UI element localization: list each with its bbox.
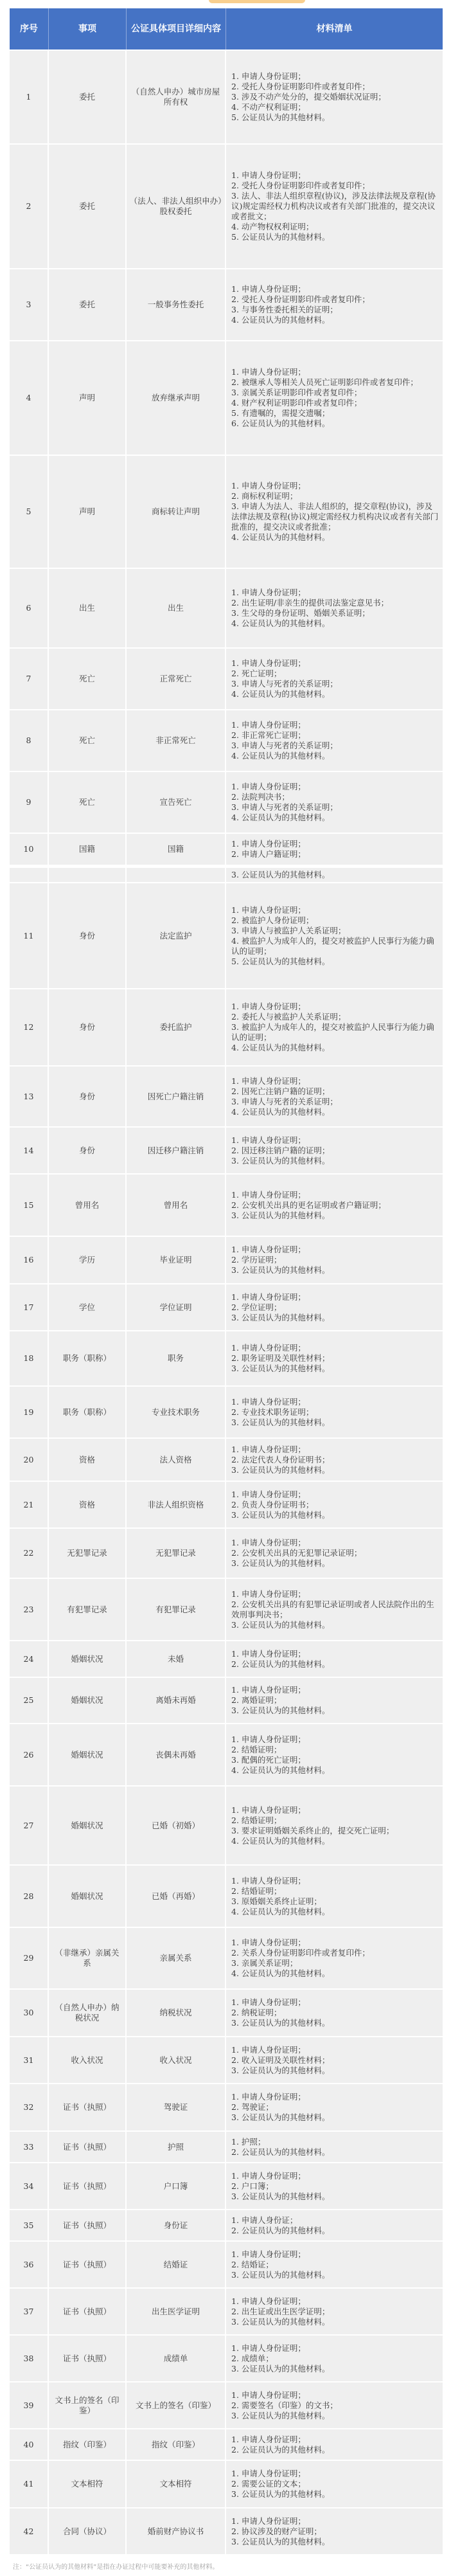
material-item: 1. 申请人身份证明； xyxy=(231,658,338,669)
materials-list: 1. 申请人身份证明；2. 公证员认为的其他材料。 xyxy=(231,1649,330,1670)
item-cell: 婚姻状况 xyxy=(49,1866,127,1927)
materials-list: 1. 申请人身份证；2. 公证员认为的其他材料。 xyxy=(231,2215,330,2236)
detail-cell: 文本相符 xyxy=(127,2461,226,2507)
item-cell: 声明 xyxy=(49,341,127,455)
detail-cell: 放弃继承声明 xyxy=(127,341,226,455)
material-item: 3. 公证员认为的其他材料。 xyxy=(231,2537,330,2547)
detail-cell: 离婚未再婚 xyxy=(127,1678,226,1723)
materials-cell: 1. 申请人身份证明；2. 公证员认为的其他材料。 xyxy=(226,1641,443,1677)
material-item: 3. 公证员认为的其他材料。 xyxy=(231,2066,330,2076)
header-serial-no: 序号 xyxy=(10,8,49,50)
material-item: 3. 申请人与死者的关系证明； xyxy=(231,679,338,689)
material-item: 1. 申请人身份证明； xyxy=(231,2249,330,2260)
serial-no-cell: 7 xyxy=(10,649,49,709)
material-item: 2. 关系人身份证明影印件或者复印件； xyxy=(231,1948,370,1958)
material-item: 2. 商标权利证明； xyxy=(231,491,440,501)
materials-list: 1. 申请人身份证明；2. 受托人身份证明影印件或者复印件；3. 法人、非法人组… xyxy=(231,170,440,242)
material-item: 2. 委托人与被监护人关系证明； xyxy=(231,1012,440,1022)
serial-no-cell: 1 xyxy=(10,51,49,143)
materials-list: 1. 申请人身份证明；2. 受托人身份证明影印件或者复印件；3. 与事务性委托相… xyxy=(231,284,370,325)
header-detail: 公证具体项目详细内容 xyxy=(127,8,226,50)
material-item: 3. 公证员认为的其他材料。 xyxy=(231,1620,440,1630)
table-row: 27婚姻状况已婚（初婚）1. 申请人身份证明；2. 结婚证明；3. 要求证明婚姻… xyxy=(10,1785,443,1864)
material-item: 4. 公证员认为的其他材料。 xyxy=(231,1968,370,1979)
serial-no-cell: 22 xyxy=(10,1529,49,1578)
material-item: 2. 成绩单； xyxy=(231,2354,330,2364)
material-item: 4. 公证员认为的其他材料。 xyxy=(231,813,338,823)
item-cell: 资格 xyxy=(49,1482,127,1527)
material-item: 3. 被监护人为成年人的，提交对被监护人民事行为能力确认的证明； xyxy=(231,1022,440,1043)
table-row: 41文本相符文本相符1. 申请人身份证明；2. 需要公证的文本；3. 公证员认为… xyxy=(10,2460,443,2507)
material-item: 2. 受托人身份证明影印件或者复印件； xyxy=(231,181,440,191)
material-item: 2. 出生证明/非亲生的提供司法鉴定意见书； xyxy=(231,598,389,608)
material-item: 1. 申请人身份证明； xyxy=(231,1076,338,1086)
serial-no-cell: 25 xyxy=(10,1678,49,1723)
item-cell: 身份 xyxy=(49,989,127,1065)
table-row: 12身份委托监护1. 申请人身份证明；2. 委托人与被监护人关系证明；3. 被监… xyxy=(10,988,443,1065)
material-item: 1. 申请人身份证明； xyxy=(231,1805,394,1815)
materials-list: 1. 申请人身份证明；2. 学历证明；3. 公证员认为的其他材料。 xyxy=(231,1245,330,1275)
detail-cell: 职务 xyxy=(127,1331,226,1385)
serial-no-cell: 12 xyxy=(10,989,49,1065)
material-item: 2. 结婚证明； xyxy=(231,1886,330,1896)
materials-list: 1. 申请人身份证明；2. 公安机关出具的有犯罪记录证明或者人民法院作出的生效刑… xyxy=(231,1589,440,1630)
table-row: 38证书（执照）成绩单1. 申请人身份证明；2. 成绩单；3. 公证员认为的其他… xyxy=(10,2334,443,2381)
table-row: 1委托（自然人申办）城市房屋所有权1. 申请人身份证明；2. 受托人身份证明影印… xyxy=(10,50,443,143)
materials-cell: 1. 申请人身份证明；2. 结婚证明；3. 要求证明婚姻关系终止的，提交死亡证明… xyxy=(226,1787,443,1864)
materials-list: 1. 申请人身份证明；2. 驾驶证；3. 公证员认为的其他材料。 xyxy=(231,2092,330,2123)
material-item: 2. 离婚证明； xyxy=(231,1695,330,1706)
materials-list: 1. 申请人身份证明；2. 成绩单；3. 公证员认为的其他材料。 xyxy=(231,2343,330,2374)
table-row: 29（非继承）亲属关系亲属关系1. 申请人身份证明；2. 关系人身份证明影印件或… xyxy=(10,1927,443,1988)
materials-cell: 1. 申请人身份证明；2. 收入证明及关联性材料；3. 公证员认为的其他材料。 xyxy=(226,2037,443,2083)
materials-list: 1. 申请人身份证明；2. 出生证明/非亲生的提供司法鉴定意见书；3. 生父母的… xyxy=(231,588,389,629)
material-item: 1. 申请人身份证明； xyxy=(231,905,440,915)
top-decorative-strip xyxy=(209,0,305,3)
material-item: 3. 公证员认为的其他材料。 xyxy=(231,2018,330,2028)
materials-cell: 1. 申请人身份证明；2. 需要公证的文本；3. 公证员认为的其他材料。 xyxy=(226,2461,443,2507)
material-item: 1. 申请人身份证明； xyxy=(231,2045,330,2055)
material-item: 1. 申请人身份证明； xyxy=(231,1135,330,1146)
header-materials: 材料清单 xyxy=(226,8,443,50)
material-item: 2. 受托人身份证明影印件或者复印件； xyxy=(231,82,386,92)
material-item: 1. 申请人身份证明； xyxy=(231,2390,338,2400)
material-item: 2. 出生证或出生医学证明； xyxy=(231,2307,330,2317)
material-item: 4. 公证员认为的其他材料。 xyxy=(231,1907,330,1917)
item-cell: 证书（执照） xyxy=(49,2289,127,2334)
item-cell: 合同（协议） xyxy=(49,2508,127,2554)
material-item: 4. 动产物权权利证明； xyxy=(231,222,440,232)
materials-cell: 1. 申请人身份证明；2. 结婚证明；3. 配偶的死亡证明；4. 公证员认为的其… xyxy=(226,1724,443,1785)
material-item: 2. 收入证明及关联性材料； xyxy=(231,2055,330,2066)
material-item: 1. 申请人身份证明； xyxy=(231,1734,330,1745)
materials-cell: 1. 申请人身份证明；2. 出生证明/非亲生的提供司法鉴定意见书；3. 生父母的… xyxy=(226,569,443,647)
material-item: 4. 公证员认为的其他材料。 xyxy=(231,689,338,699)
item-cell: 证书（执照） xyxy=(49,2163,127,2209)
table-row: 33证书（执照）护照1. 护照；2. 公证员认为的其他材料。 xyxy=(10,2130,443,2162)
footnote: 注：“公证员认为的其他材料”是指在办证过程中可能要补充的其他材料。 xyxy=(13,2561,218,2571)
materials-list: 3. 公证员认为的其他材料。 xyxy=(231,870,330,880)
material-item: 1. 申请人身份证明； xyxy=(231,481,440,491)
serial-no-cell: 6 xyxy=(10,569,49,647)
table-row: 16学历毕业证明1. 申请人身份证明；2. 学历证明；3. 公证员认为的其他材料… xyxy=(10,1236,443,1283)
item-cell: 婚姻状况 xyxy=(49,1678,127,1723)
table-row: 20资格法人资格1. 申请人身份证明；2. 法定代表人身份证明书；3. 公证员认… xyxy=(10,1437,443,1481)
materials-list: 1. 护照；2. 公证员认为的其他材料。 xyxy=(231,2137,330,2157)
material-item: 2. 需要签名（印鉴）的文书； xyxy=(231,2400,338,2411)
material-item: 3. 与事务性委托相关的证明； xyxy=(231,305,370,315)
table-row: 39文书上的签名（印鉴）文书上的签名（印鉴）1. 申请人身份证明；2. 需要签名… xyxy=(10,2381,443,2428)
material-item: 2. 负责人身份证明书； xyxy=(231,1500,330,1510)
table-row: 14身份因迁移户籍注销1. 申请人身份证明；2. 因迁移注销户籍的证明；3. 公… xyxy=(10,1126,443,1173)
materials-cell: 1. 申请人身份证明；2. 纳税证明；3. 公证员认为的其他材料。 xyxy=(226,1990,443,2036)
item-cell: 证书（执照） xyxy=(49,2242,127,2287)
materials-list: 1. 申请人身份证明；2. 关系人身份证明影印件或者复印件；3. 亲属关系证明；… xyxy=(231,1938,370,1979)
item-cell: 有犯罪记录 xyxy=(49,1579,127,1640)
material-item: 2. 公证员认为的其他材料。 xyxy=(231,1659,330,1670)
table-row: 7死亡正常死亡1. 申请人身份证明；2. 死亡证明；3. 申请人与死者的关系证明… xyxy=(10,647,443,709)
material-item: 3. 公证员认为的其他材料。 xyxy=(231,1706,330,1716)
material-item: 1. 申请人身份证明； xyxy=(231,1445,330,1455)
serial-no-cell: 21 xyxy=(10,1482,49,1527)
material-item: 2. 因迁移注销户籍的证明； xyxy=(231,1146,330,1156)
material-item: 4. 被监护人为成年人的，提交对被监护人民事行为能力确认的证明； xyxy=(231,936,440,957)
materials-cell: 1. 申请人身份证明；2. 学历证明；3. 公证员认为的其他材料。 xyxy=(226,1237,443,1283)
material-item: 3. 亲属关系证明影印件或者复印件； xyxy=(231,388,418,398)
materials-cell: 1. 申请人身份证明；2. 受托人身份证明影印件或者复印件；3. 法人、非法人组… xyxy=(226,145,443,268)
item-cell: 文书上的签名（印鉴） xyxy=(49,2382,127,2428)
materials-cell: 1. 申请人身份证明；2. 非正常死亡证明；3. 申请人与死者的关系证明；4. … xyxy=(226,710,443,771)
material-item: 3. 公证员认为的其他材料。 xyxy=(231,1510,330,1520)
table-row: 42合同（协议）婚前财产协议书1. 申请人身份证明；2. 协议涉及的财产证明；3… xyxy=(10,2507,443,2554)
materials-list: 1. 申请人身份证明；2. 结婚证明；3. 要求证明婚姻关系终止的，提交死亡证明… xyxy=(231,1805,394,1846)
material-item: 2. 被继承人等相关人员死亡证明影印件或者复印件； xyxy=(231,377,418,388)
serial-no-cell: 30 xyxy=(10,1990,49,2036)
materials-list: 1. 申请人身份证明；2. 公证员认为的其他材料。 xyxy=(231,2435,330,2455)
serial-no-cell: 37 xyxy=(10,2289,49,2334)
table-row: 28婚姻状况已婚（再婚）1. 申请人身份证明；2. 结婚证明；3. 原婚姻关系终… xyxy=(10,1864,443,1927)
material-item: 3. 法人、非法人组织章程(协议)，涉及法律法规及章程(协议)规定需经权力机构决… xyxy=(231,191,440,222)
detail-cell: 已婚（初婚） xyxy=(127,1787,226,1864)
materials-list: 1. 申请人身份证明；2. 协议涉及的财产证明；3. 公证员认为的其他材料。 xyxy=(231,2516,330,2547)
detail-cell: 曾用名 xyxy=(127,1175,226,1236)
item-cell: 身份 xyxy=(49,1067,127,1126)
material-item: 3. 亲属关系证明； xyxy=(231,1958,370,1968)
material-item: 1. 申请人身份证明； xyxy=(231,1292,330,1302)
material-item: 4. 公证员认为的其他材料。 xyxy=(231,532,440,543)
materials-list: 1. 申请人身份证明；2. 商标权利证明；3. 申请人为法人、非法人组织的，提交… xyxy=(231,481,440,543)
material-item: 2. 公证员认为的其他材料。 xyxy=(231,2147,330,2157)
material-item: 2. 需要公证的文本； xyxy=(231,2479,330,2489)
serial-no-cell: 20 xyxy=(10,1439,49,1481)
material-item: 3. 要求证明婚姻关系终止的，提交死亡证明； xyxy=(231,1826,394,1836)
materials-cell: 1. 申请人身份证明；2. 职务证明及关联性材料；3. 公证员认为的其他材料。 xyxy=(226,1331,443,1385)
serial-no-cell: 32 xyxy=(10,2084,49,2130)
materials-cell: 3. 公证员认为的其他材料。 xyxy=(226,868,443,882)
item-cell: 婚姻状况 xyxy=(49,1724,127,1785)
item-cell: 证书（执照） xyxy=(49,2084,127,2130)
table-row: 31收入状况收入状况1. 申请人身份证明；2. 收入证明及关联性材料；3. 公证… xyxy=(10,2036,443,2083)
item-cell: 文本相符 xyxy=(49,2461,127,2507)
material-item: 1. 申请人身份证明； xyxy=(231,782,338,792)
serial-no-cell: 4 xyxy=(10,341,49,455)
detail-cell: 出生医学证明 xyxy=(127,2289,226,2334)
materials-list: 1. 申请人身份证明；2. 需要公证的文本；3. 公证员认为的其他材料。 xyxy=(231,2469,330,2499)
materials-cell: 1. 申请人身份证明；2. 公安机关出具的更名证明或者户籍证明；3. 公证员认为… xyxy=(226,1175,443,1236)
detail-cell xyxy=(127,868,226,882)
table-row: 23有犯罪记录有犯罪记录1. 申请人身份证明；2. 公安机关出具的有犯罪记录证明… xyxy=(10,1578,443,1640)
table-row: 18职务（职称）职务1. 申请人身份证明；2. 职务证明及关联性材料；3. 公证… xyxy=(10,1330,443,1385)
materials-list: 1. 申请人身份证明；2. 出生证或出生医学证明；3. 公证员认为的其他材料。 xyxy=(231,2296,330,2327)
item-cell: 婚姻状况 xyxy=(49,1641,127,1677)
materials-cell: 1. 申请人身份证明；2. 公安机关出具的有犯罪记录证明或者人民法院作出的生效刑… xyxy=(226,1579,443,1640)
item-cell: 证书（执照） xyxy=(49,2210,127,2240)
materials-cell: 1. 申请人身份证明；2. 被监护人身份证明；3. 申请人与被监护人关系证明；4… xyxy=(226,883,443,988)
serial-no-cell: 35 xyxy=(10,2210,49,2240)
detail-cell: 毕业证明 xyxy=(127,1237,226,1283)
detail-cell: （自然人申办）城市房屋所有权 xyxy=(127,51,226,143)
materials-cell: 1. 申请人身份证明；2. 结婚证明；3. 原婚姻关系终止证明；4. 公证员认为… xyxy=(226,1866,443,1927)
table-row: 30（自然人申办）纳税状况纳税状况1. 申请人身份证明；2. 纳税证明；3. 公… xyxy=(10,1988,443,2036)
detail-cell: 成绩单 xyxy=(127,2336,226,2381)
item-cell: 指纹（印鉴） xyxy=(49,2429,127,2460)
detail-cell: 文书上的签名（印鉴） xyxy=(127,2382,226,2428)
detail-cell: 有犯罪记录 xyxy=(127,1579,226,1640)
serial-no-cell: 41 xyxy=(10,2461,49,2507)
detail-cell: （法人、非法人组织申办）股权委托 xyxy=(127,145,226,268)
materials-list: 1. 申请人身份证明；2. 结婚证明；3. 原婚姻关系终止证明；4. 公证员认为… xyxy=(231,1876,330,1917)
material-item: 3. 公证员认为的其他材料。 xyxy=(231,2489,330,2499)
item-cell: 收入状况 xyxy=(49,2037,127,2083)
material-item: 1. 申请人身份证明； xyxy=(231,2296,330,2307)
detail-cell: 护照 xyxy=(127,2132,226,2162)
materials-list: 1. 申请人身份证明；2. 被监护人身份证明；3. 申请人与被监护人关系证明；4… xyxy=(231,905,440,967)
materials-list: 1. 申请人身份证明；2. 结婚证明；3. 配偶的死亡证明；4. 公证员认为的其… xyxy=(231,1734,330,1776)
materials-cell: 1. 申请人身份证明；2. 专业技术职务证明；3. 公证员认为的其他材料。 xyxy=(226,1387,443,1437)
item-cell: 出生 xyxy=(49,569,127,647)
materials-list: 1. 申请人身份证明；2. 申请人户籍证明； xyxy=(231,839,306,860)
detail-cell: 法人资格 xyxy=(127,1439,226,1481)
material-item: 3. 公证员认为的其他材料。 xyxy=(231,1364,330,1374)
serial-no-cell: 36 xyxy=(10,2242,49,2287)
item-cell: 死亡 xyxy=(49,649,127,709)
detail-cell: 无犯罪记录 xyxy=(127,1529,226,1578)
table-row: 15曾用名曾用名1. 申请人身份证明；2. 公安机关出具的更名证明或者户籍证明；… xyxy=(10,1173,443,1236)
detail-cell: 结婚证 xyxy=(127,2242,226,2287)
table-row: 21资格非法人组织资格1. 申请人身份证明；2. 负责人身份证明书；3. 公证员… xyxy=(10,1481,443,1527)
material-item: 4. 公证员认为的其他材料。 xyxy=(231,751,338,761)
material-item: 1. 申请人身份证明； xyxy=(231,2435,330,2445)
serial-no-cell: 23 xyxy=(10,1579,49,1640)
header-item: 事项 xyxy=(49,8,127,50)
serial-no-cell: 39 xyxy=(10,2382,49,2428)
serial-no-cell: 11 xyxy=(10,883,49,988)
item-cell: 学历 xyxy=(49,1237,127,1283)
material-item: 2. 公证员认为的其他材料。 xyxy=(231,2226,330,2236)
table-row: 36证书（执照）结婚证1. 申请人身份证明；2. 结婚证；3. 公证员认为的其他… xyxy=(10,2240,443,2287)
table-row: 3. 公证员认为的其他材料。 xyxy=(10,867,443,882)
material-item: 1. 申请人身份证明； xyxy=(231,720,338,730)
item-cell: 无犯罪记录 xyxy=(49,1529,127,1578)
material-item: 3. 生父母的身份证明、婚姻关系证明； xyxy=(231,608,389,618)
material-item: 1. 申请人身份证明； xyxy=(231,1343,330,1353)
item-cell: 委托 xyxy=(49,51,127,143)
material-item: 1. 申请人身份证明； xyxy=(231,839,306,849)
materials-cell: 1. 申请人身份证明；2. 结婚证；3. 公证员认为的其他材料。 xyxy=(226,2242,443,2287)
item-cell: 国籍 xyxy=(49,834,127,865)
serial-no-cell: 34 xyxy=(10,2163,49,2209)
serial-no-cell: 2 xyxy=(10,145,49,268)
material-item: 3. 公证员认为的其他材料。 xyxy=(231,2364,330,2374)
materials-cell: 1. 申请人身份证明；2. 法定代表人身份证明书；3. 公证员认为的其他材料。 xyxy=(226,1439,443,1481)
material-item: 2. 因死亡注销户籍的证明； xyxy=(231,1086,338,1097)
materials-cell: 1. 申请人身份证明；2. 被继承人等相关人员死亡证明影印件或者复印件；3. 亲… xyxy=(226,341,443,455)
item-cell: 证书（执照） xyxy=(49,2336,127,2381)
material-item: 3. 申请人与死者的关系证明； xyxy=(231,741,338,751)
material-item: 2. 结婚证明； xyxy=(231,1745,330,1755)
material-item: 2. 专业技术职务证明； xyxy=(231,1407,330,1418)
serial-no-cell: 10 xyxy=(10,834,49,865)
serial-no-cell xyxy=(10,868,49,882)
material-item: 3. 申请人与被监护人关系证明； xyxy=(231,926,440,936)
materials-cell: 1. 申请人身份证明；2. 受托人身份证明影印件或者复印件；3. 与事务性委托相… xyxy=(226,269,443,340)
material-item: 2. 公安机关出具的无犯罪记录证明； xyxy=(231,1548,362,1558)
materials-cell: 1. 申请人身份证明；2. 负责人身份证明书；3. 公证员认为的其他材料。 xyxy=(226,1482,443,1527)
materials-cell: 1. 申请人身份证明；2. 协议涉及的财产证明；3. 公证员认为的其他材料。 xyxy=(226,2508,443,2554)
detail-cell: 未婚 xyxy=(127,1641,226,1677)
materials-list: 1. 申请人身份证明；2. 非正常死亡证明；3. 申请人与死者的关系证明；4. … xyxy=(231,720,338,761)
material-item: 2. 结婚证； xyxy=(231,2260,330,2270)
material-item: 1. 申请人身份证明； xyxy=(231,2516,330,2526)
materials-list: 1. 申请人身份证明；2. 户口簿；3. 公证员认为的其他材料。 xyxy=(231,2171,330,2202)
detail-cell: 非法人组织资格 xyxy=(127,1482,226,1527)
table-row: 25婚姻状况离婚未再婚1. 申请人身份证明；2. 离婚证明；3. 公证员认为的其… xyxy=(10,1677,443,1723)
materials-cell: 1. 申请人身份证明；2. 成绩单；3. 公证员认为的其他材料。 xyxy=(226,2336,443,2381)
table-row: 34证书（执照）户口簿1. 申请人身份证明；2. 户口簿；3. 公证员认为的其他… xyxy=(10,2162,443,2209)
table-row: 8死亡非正常死亡1. 申请人身份证明；2. 非正常死亡证明；3. 申请人与死者的… xyxy=(10,709,443,771)
serial-no-cell: 26 xyxy=(10,1724,49,1785)
table-body: 1委托（自然人申办）城市房屋所有权1. 申请人身份证明；2. 受托人身份证明影印… xyxy=(10,50,443,2554)
item-cell: （非继承）亲属关系 xyxy=(49,1928,127,1988)
material-item: 5. 公证员认为的其他材料。 xyxy=(231,957,440,967)
detail-cell: 商标转让声明 xyxy=(127,456,226,568)
detail-cell: 纳税状况 xyxy=(127,1990,226,2036)
serial-no-cell: 38 xyxy=(10,2336,49,2381)
table-row: 37证书（执照）出生医学证明1. 申请人身份证明；2. 出生证或出生医学证明；3… xyxy=(10,2287,443,2334)
material-item: 1. 申请人身份证明； xyxy=(231,2171,330,2181)
materials-cell: 1. 申请人身份证明；2. 申请人户籍证明； xyxy=(226,834,443,865)
table-row: 32证书（执照）驾驶证1. 申请人身份证明；2. 驾驶证；3. 公证员认为的其他… xyxy=(10,2083,443,2130)
material-item: 2. 公安机关出具的有犯罪记录证明或者人民法院作出的生效刑事判决书； xyxy=(231,1599,440,1620)
materials-list: 1. 申请人身份证明；2. 公安机关出具的无犯罪记录证明；3. 公证员认为的其他… xyxy=(231,1538,362,1569)
materials-list: 1. 申请人身份证明；2. 结婚证；3. 公证员认为的其他材料。 xyxy=(231,2249,330,2280)
material-item: 3. 申请人与死者的关系证明； xyxy=(231,802,338,813)
material-item: 1. 申请人身份证明； xyxy=(231,367,418,377)
material-item: 3. 公证员认为的其他材料。 xyxy=(231,1465,330,1475)
material-item: 2. 结婚证明； xyxy=(231,1815,394,1826)
table-row: 10国籍国籍1. 申请人身份证明；2. 申请人户籍证明； xyxy=(10,833,443,865)
table-row: 24婚姻状况未婚1. 申请人身份证明；2. 公证员认为的其他材料。 xyxy=(10,1640,443,1677)
item-cell: 委托 xyxy=(49,145,127,268)
materials-list: 1. 申请人身份证明；2. 需要签名（印鉴）的文书；3. 公证员认为的其他材料。 xyxy=(231,2390,338,2421)
material-item: 1. 申请人身份证明； xyxy=(231,1245,330,1255)
serial-no-cell: 31 xyxy=(10,2037,49,2083)
materials-cell: 1. 申请人身份证明；2. 需要签名（印鉴）的文书；3. 公证员认为的其他材料。 xyxy=(226,2382,443,2428)
material-item: 3. 公证员认为的其他材料。 xyxy=(231,870,330,880)
serial-no-cell: 15 xyxy=(10,1175,49,1236)
serial-no-cell: 27 xyxy=(10,1787,49,1864)
item-cell: 婚姻状况 xyxy=(49,1787,127,1864)
materials-list: 1. 申请人身份证明；2. 离婚证明；3. 公证员认为的其他材料。 xyxy=(231,1685,330,1716)
materials-cell: 1. 申请人身份证明；2. 驾驶证；3. 公证员认为的其他材料。 xyxy=(226,2084,443,2130)
detail-cell: 一般事务性委托 xyxy=(127,269,226,340)
materials-cell: 1. 护照；2. 公证员认为的其他材料。 xyxy=(226,2132,443,2162)
material-item: 3. 申请人为法人、非法人组织的，提交章程(协议)，涉及法律法规及章程(协议)规… xyxy=(231,501,440,532)
material-item: 2. 非正常死亡证明； xyxy=(231,730,338,741)
item-cell: 死亡 xyxy=(49,772,127,833)
materials-list: 1. 申请人身份证明；2. 学位证明；3. 公证员认为的其他材料。 xyxy=(231,1292,330,1323)
item-cell: 身份 xyxy=(49,1128,127,1173)
materials-list: 1. 申请人身份证明；2. 委托人与被监护人关系证明；3. 被监护人为成年人的，… xyxy=(231,1002,440,1053)
materials-cell: 1. 申请人身份证明；2. 商标权利证明；3. 申请人为法人、非法人组织的，提交… xyxy=(226,456,443,568)
detail-cell: 委托监护 xyxy=(127,989,226,1065)
serial-no-cell: 8 xyxy=(10,710,49,771)
table-row: 26婚姻状况丧偶未再婚1. 申请人身份证明；2. 结婚证明；3. 配偶的死亡证明… xyxy=(10,1723,443,1785)
material-item: 1. 申请人身份证明； xyxy=(231,1589,440,1599)
item-cell: 资格 xyxy=(49,1439,127,1481)
serial-no-cell: 28 xyxy=(10,1866,49,1927)
item-cell: （自然人申办）纳税状况 xyxy=(49,1990,127,2036)
materials-list: 1. 申请人身份证明；2. 职务证明及关联性材料；3. 公证员认为的其他材料。 xyxy=(231,1343,330,1374)
material-item: 1. 申请人身份证明； xyxy=(231,1490,330,1500)
item-cell xyxy=(49,868,127,882)
material-item: 3. 公证员认为的其他材料。 xyxy=(231,2112,330,2123)
materials-cell: 1. 申请人身份证；2. 公证员认为的其他材料。 xyxy=(226,2210,443,2240)
material-item: 4. 公证员认为的其他材料。 xyxy=(231,1765,330,1776)
material-item: 3. 申请人与死者的关系证明； xyxy=(231,1097,338,1107)
detail-cell: 法定监护 xyxy=(127,883,226,988)
material-item: 2. 申请人户籍证明； xyxy=(231,849,306,860)
item-cell: 证书（执照） xyxy=(49,2132,127,2162)
detail-cell: 出生 xyxy=(127,569,226,647)
material-item: 3. 配偶的死亡证明； xyxy=(231,1755,330,1765)
material-item: 3. 涉及不动产处分的，提交婚姻状况证明； xyxy=(231,92,386,102)
material-item: 4. 公证员认为的其他材料。 xyxy=(231,315,370,325)
materials-list: 1. 申请人身份证明；2. 法院判决书；3. 申请人与死者的关系证明；4. 公证… xyxy=(231,782,338,823)
detail-cell: 身份证 xyxy=(127,2210,226,2240)
material-item: 4. 公证员认为的其他材料。 xyxy=(231,1107,338,1117)
materials-cell: 1. 申请人身份证明；2. 因死亡注销户籍的证明；3. 申请人与死者的关系证明；… xyxy=(226,1067,443,1126)
serial-no-cell: 19 xyxy=(10,1387,49,1437)
material-item: 1. 申请人身份证明； xyxy=(231,588,389,598)
materials-list: 1. 申请人身份证明；2. 纳税证明；3. 公证员认为的其他材料。 xyxy=(231,1997,330,2028)
material-item: 5. 公证员认为的其他材料。 xyxy=(231,232,440,242)
material-item: 1. 申请人身份证明； xyxy=(231,1876,330,1886)
item-cell: 学位 xyxy=(49,1284,127,1330)
material-item: 1. 申请人身份证明； xyxy=(231,1190,386,1200)
materials-cell: 1. 申请人身份证明；2. 公安机关出具的无犯罪记录证明；3. 公证员认为的其他… xyxy=(226,1529,443,1578)
material-item: 4. 不动产权利证明； xyxy=(231,102,386,113)
table-row: 3委托一般事务性委托1. 申请人身份证明；2. 受托人身份证明影印件或者复印件；… xyxy=(10,268,443,340)
serial-no-cell: 40 xyxy=(10,2429,49,2460)
material-item: 2. 公安机关出具的更名证明或者户籍证明； xyxy=(231,1200,386,1211)
material-item: 1. 申请人身份证明； xyxy=(231,1938,370,1948)
detail-cell: 因死亡户籍注销 xyxy=(127,1067,226,1126)
material-item: 3. 公证员认为的其他材料。 xyxy=(231,2317,330,2327)
material-item: 3. 公证员认为的其他材料。 xyxy=(231,1313,330,1323)
table-row: 6出生出生1. 申请人身份证明；2. 出生证明/非亲生的提供司法鉴定意见书；3.… xyxy=(10,568,443,647)
item-cell: 委托 xyxy=(49,269,127,340)
